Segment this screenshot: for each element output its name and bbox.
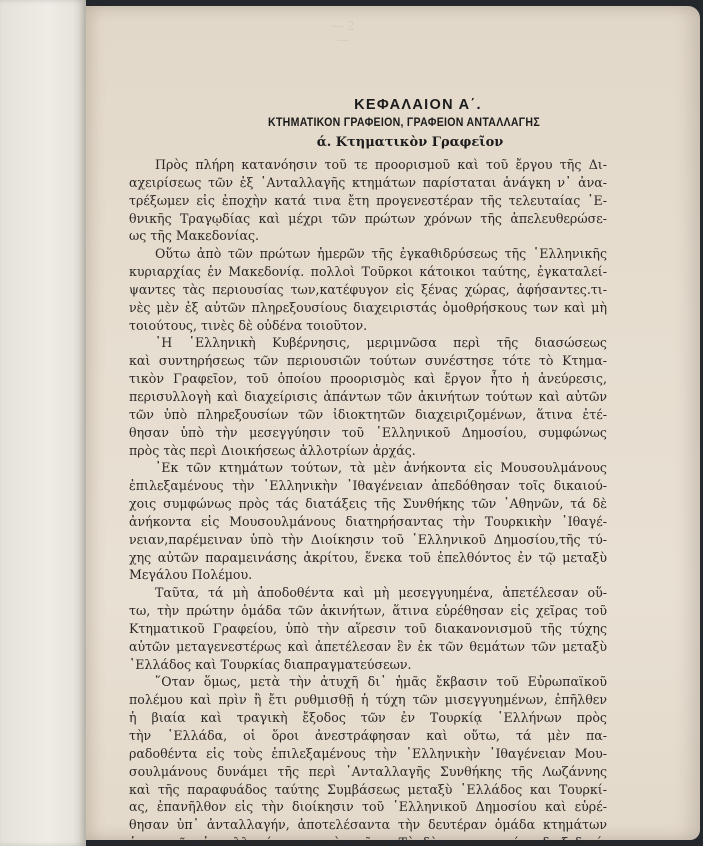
text-line: ας, ἐπανῆλθον εἰς τὴν διοίκησιν τοῦ ῾Ελλ… bbox=[129, 798, 607, 816]
text-line: τω, τὴν πρώτην ὁμάδα τῶν ἀκινήτων, ἅτινα… bbox=[129, 602, 607, 620]
subsection-title: ά. Κτηματικὸν Γραφεῖον bbox=[120, 133, 700, 153]
text-line: ψαντες τὰς περιουσίας των,κατέφυγον εἰς … bbox=[129, 281, 607, 299]
text-line: αὐτῶν μεταγενεστέρως καὶ ἀπετέλεσαν ἓν ἐ… bbox=[129, 638, 607, 656]
text-line: τρέξωμεν εἰς ἐποχὴν κατά τινα ἔτη προγεν… bbox=[129, 192, 607, 210]
text-line: ὁριστικῶς ἀνταλλαγέντων μετὰ ταῦτα. Τὰ δ… bbox=[129, 834, 607, 846]
text-line: νὲς μὲν ἐξ αὐτῶν πληρεξουσίους διαχειρισ… bbox=[129, 299, 607, 317]
text-line: χης αὐτῶν παραμεινάσης ἀκρίτου, ἕνεκα το… bbox=[129, 549, 607, 567]
text-line: ἀνήκοντα εἰς Μουσουλμάνους διατηρήσαντας… bbox=[129, 513, 607, 531]
text-line: ᾿Εκ τῶν κτημάτων τούτων, τὰ μὲν ἀνήκοντα… bbox=[129, 459, 607, 477]
text-line: ραδοθέντα εἰς τοὺς ἐπιλεξαμένους τὴν ῾Ελ… bbox=[129, 745, 607, 763]
text-line: ῾Η ῾Ελληνικὴ Κυβέρνησις, μεριμνῶσα περὶ … bbox=[129, 334, 607, 352]
text-line: ἐπιλεξαμένους τὴν ῾Ελληνικὴν ᾿Ιθαγένειαν… bbox=[129, 477, 607, 495]
text-line: πολέμου καὶ πρὶν ἢ ἔτι ρυθμισθῇ ἡ τύχη τ… bbox=[129, 691, 607, 709]
text-line: τικὸν Γραφεῖον, τοῦ ὁποίου προορισμὸς κα… bbox=[129, 370, 607, 388]
text-line: πρὸς τὰς περὶ Διοικήσεως ἀλλοτρίων ἀρχάς… bbox=[129, 442, 607, 460]
text-line: νειαν,παρέμειναν ὑπὸ τὴν Διοίκησιν τοῦ ῾… bbox=[129, 531, 607, 549]
text-line: αχειρίσεως τῶν ἐξ ᾿Ανταλλαγῆς κτημάτων π… bbox=[129, 174, 607, 192]
text-line: ῞Οταν ὅμως, μετὰ τὴν ἀτυχῆ δι᾿ ἡμᾶς ἔκβα… bbox=[129, 673, 607, 691]
text-line: ως τῆς Μακεδονίας. bbox=[129, 227, 607, 245]
text-line: ῾Ελλάδος καὶ Τουρκίας διαπραγματεύσεων. bbox=[129, 656, 607, 674]
text-line: Κτηματικοῦ Γραφείου, ὑπὸ τὴν αἵρεσιν τοῦ… bbox=[129, 620, 607, 638]
text-line: καὶ τῆς παραφυάδος ταύτης Συμβάσεως μετα… bbox=[129, 781, 607, 799]
section-title: ΚΤΗΜΑΤΙΚΟΝ ΓΡΑΦΕΙΟΝ, ΓΡΑΦΕΙΟΝ ΑΝΤΑΛΛΑΓΗΣ bbox=[132, 114, 677, 133]
document-page: — 2 — ΚΕΦΑΛΑΙΟΝ Α΄. ΚΤΗΜΑΤΙΚΟΝ ΓΡΑΦΕΙΟΝ,… bbox=[86, 6, 700, 840]
text-line: τὴν ῾Ελλάδα, οἱ ὅροι ἀνεστράφησαν καὶ οὕ… bbox=[129, 727, 607, 745]
text-line: Ταῦτα, τά μὴ ἀποδοθέντα καὶ μὴ μεσεγγυημ… bbox=[129, 584, 607, 602]
text-line: τοιούτους, τινὲς δὲ οὐδένα τοιοῦτον. bbox=[129, 317, 607, 335]
text-line: θνικῆς Τραγῳδίας καὶ μέχρι τῶν πρώτων χρ… bbox=[129, 210, 607, 228]
text-line: χοις συμφώνως πρὸς τάς διατάξεις τῆς Συν… bbox=[129, 495, 607, 513]
body-text: Πρὸς πλήρη κατανόησιν τοῦ τε προορισμοῦ … bbox=[129, 156, 607, 846]
text-line: Μεγάλου Πολέμου. bbox=[129, 566, 607, 584]
text-line: περισυλλογὴ καὶ διαχείρισις ἁπάντων τῶν … bbox=[129, 388, 607, 406]
text-line: Οὕτω ἀπὸ τῶν πρώτων ἡμερῶν τῆς ἐγκαθιδρύ… bbox=[129, 245, 607, 263]
text-line: καὶ συντηρήσεως τῶν περιουσιῶν τούτων συ… bbox=[129, 352, 607, 370]
facing-blank-page bbox=[0, 0, 86, 846]
page-number: — 2 — bbox=[328, 19, 358, 47]
text-line: κυριαρχίας ἐν Μακεδονίᾳ. πολλοὶ Τοῦρκοι … bbox=[129, 263, 607, 281]
text-line: Πρὸς πλήρη κατανόησιν τοῦ τε προορισμοῦ … bbox=[129, 156, 607, 174]
text-line: τῶν ὑπὸ πληρεξουσίων τῶν ἰδιοκτητῶν διαχ… bbox=[129, 406, 607, 424]
text-line: θησαν ὑπὸ τὴν μεσεγγύησιν τοῦ ῾Ελληνικοῦ… bbox=[129, 424, 607, 442]
text-line: θησαν ὑπ᾿ ἀνταλλαγήν, ἀποτελέσαντα τὴν δ… bbox=[129, 816, 607, 834]
chapter-title: ΚΕΦΑΛΑΙΟΝ Α΄. bbox=[136, 96, 700, 114]
heading-block: ΚΕΦΑΛΑΙΟΝ Α΄. ΚΤΗΜΑΤΙΚΟΝ ΓΡΑΦΕΙΟΝ, ΓΡΑΦΕ… bbox=[86, 96, 700, 153]
text-line: ἡ βιαία καὶ τραγικὴ ἔξοδος τῶν ἐν Τουρκί… bbox=[129, 709, 607, 727]
text-line: σουλμάνους δυνάμει τῆς περὶ ᾿Ανταλλαγῆς … bbox=[129, 763, 607, 781]
